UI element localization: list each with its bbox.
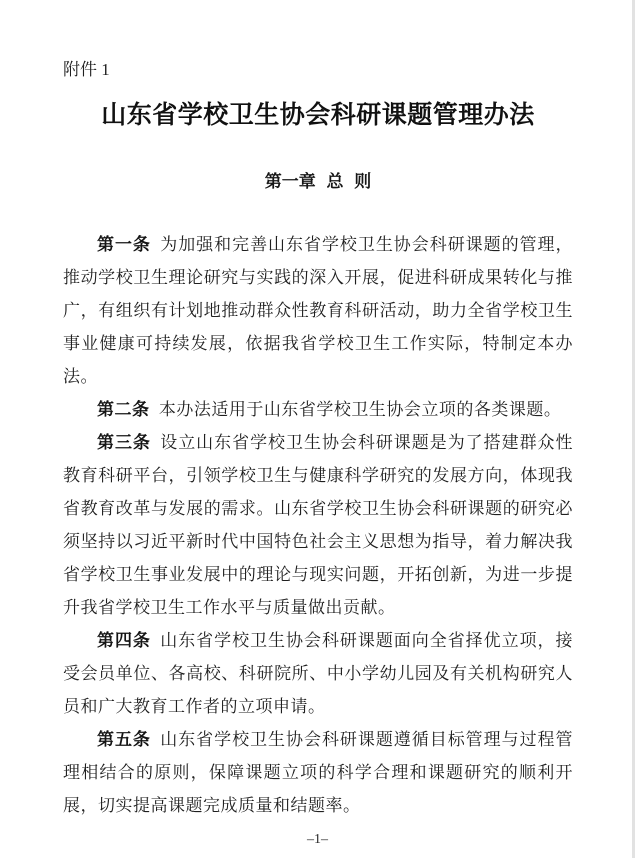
document-title: 山东省学校卫生协会科研课题管理办法: [63, 98, 573, 132]
document-body: 第一条为加强和完善山东省学校卫生协会科研课题的管理，推动学校卫生理论研究与实践的…: [63, 228, 573, 822]
article-number: 第二条: [97, 400, 150, 419]
page-number: –1–: [0, 832, 635, 848]
article-text: 为加强和完善山东省学校卫生协会科研课题的管理，推动学校卫生理论研究与实践的深入开…: [63, 235, 573, 386]
article-paragraph: 第三条设立山东省学校卫生协会科研课题是为了搭建群众性教育科研平台，引领学校卫生与…: [63, 426, 573, 624]
article-text: 本办法适用于山东省学校卫生协会立项的各类课题。: [159, 400, 562, 419]
article-paragraph: 第一条为加强和完善山东省学校卫生协会科研课题的管理，推动学校卫生理论研究与实践的…: [63, 228, 573, 393]
article-number: 第一条: [97, 235, 151, 254]
chapter-heading: 第一章 总 则: [63, 170, 573, 194]
article-number: 第五条: [97, 730, 151, 749]
article-text: 设立山东省学校卫生协会科研课题是为了搭建群众性教育科研平台，引领学校卫生与健康科…: [63, 433, 573, 617]
article-paragraph: 第五条山东省学校卫生协会科研课题遵循目标管理与过程管理相结合的原则，保障课题立项…: [63, 723, 573, 822]
article-paragraph: 第二条本办法适用于山东省学校卫生协会立项的各类课题。: [63, 393, 573, 426]
article-number: 第四条: [97, 631, 151, 650]
article-number: 第三条: [97, 433, 151, 452]
article-paragraph: 第四条山东省学校卫生协会科研课题面向全省择优立项，接受会员单位、各高校、科研院所…: [63, 624, 573, 723]
attachment-label: 附件 1: [63, 58, 573, 82]
document-page: 附件 1 山东省学校卫生协会科研课题管理办法 第一章 总 则 第一条为加强和完善…: [0, 0, 635, 858]
